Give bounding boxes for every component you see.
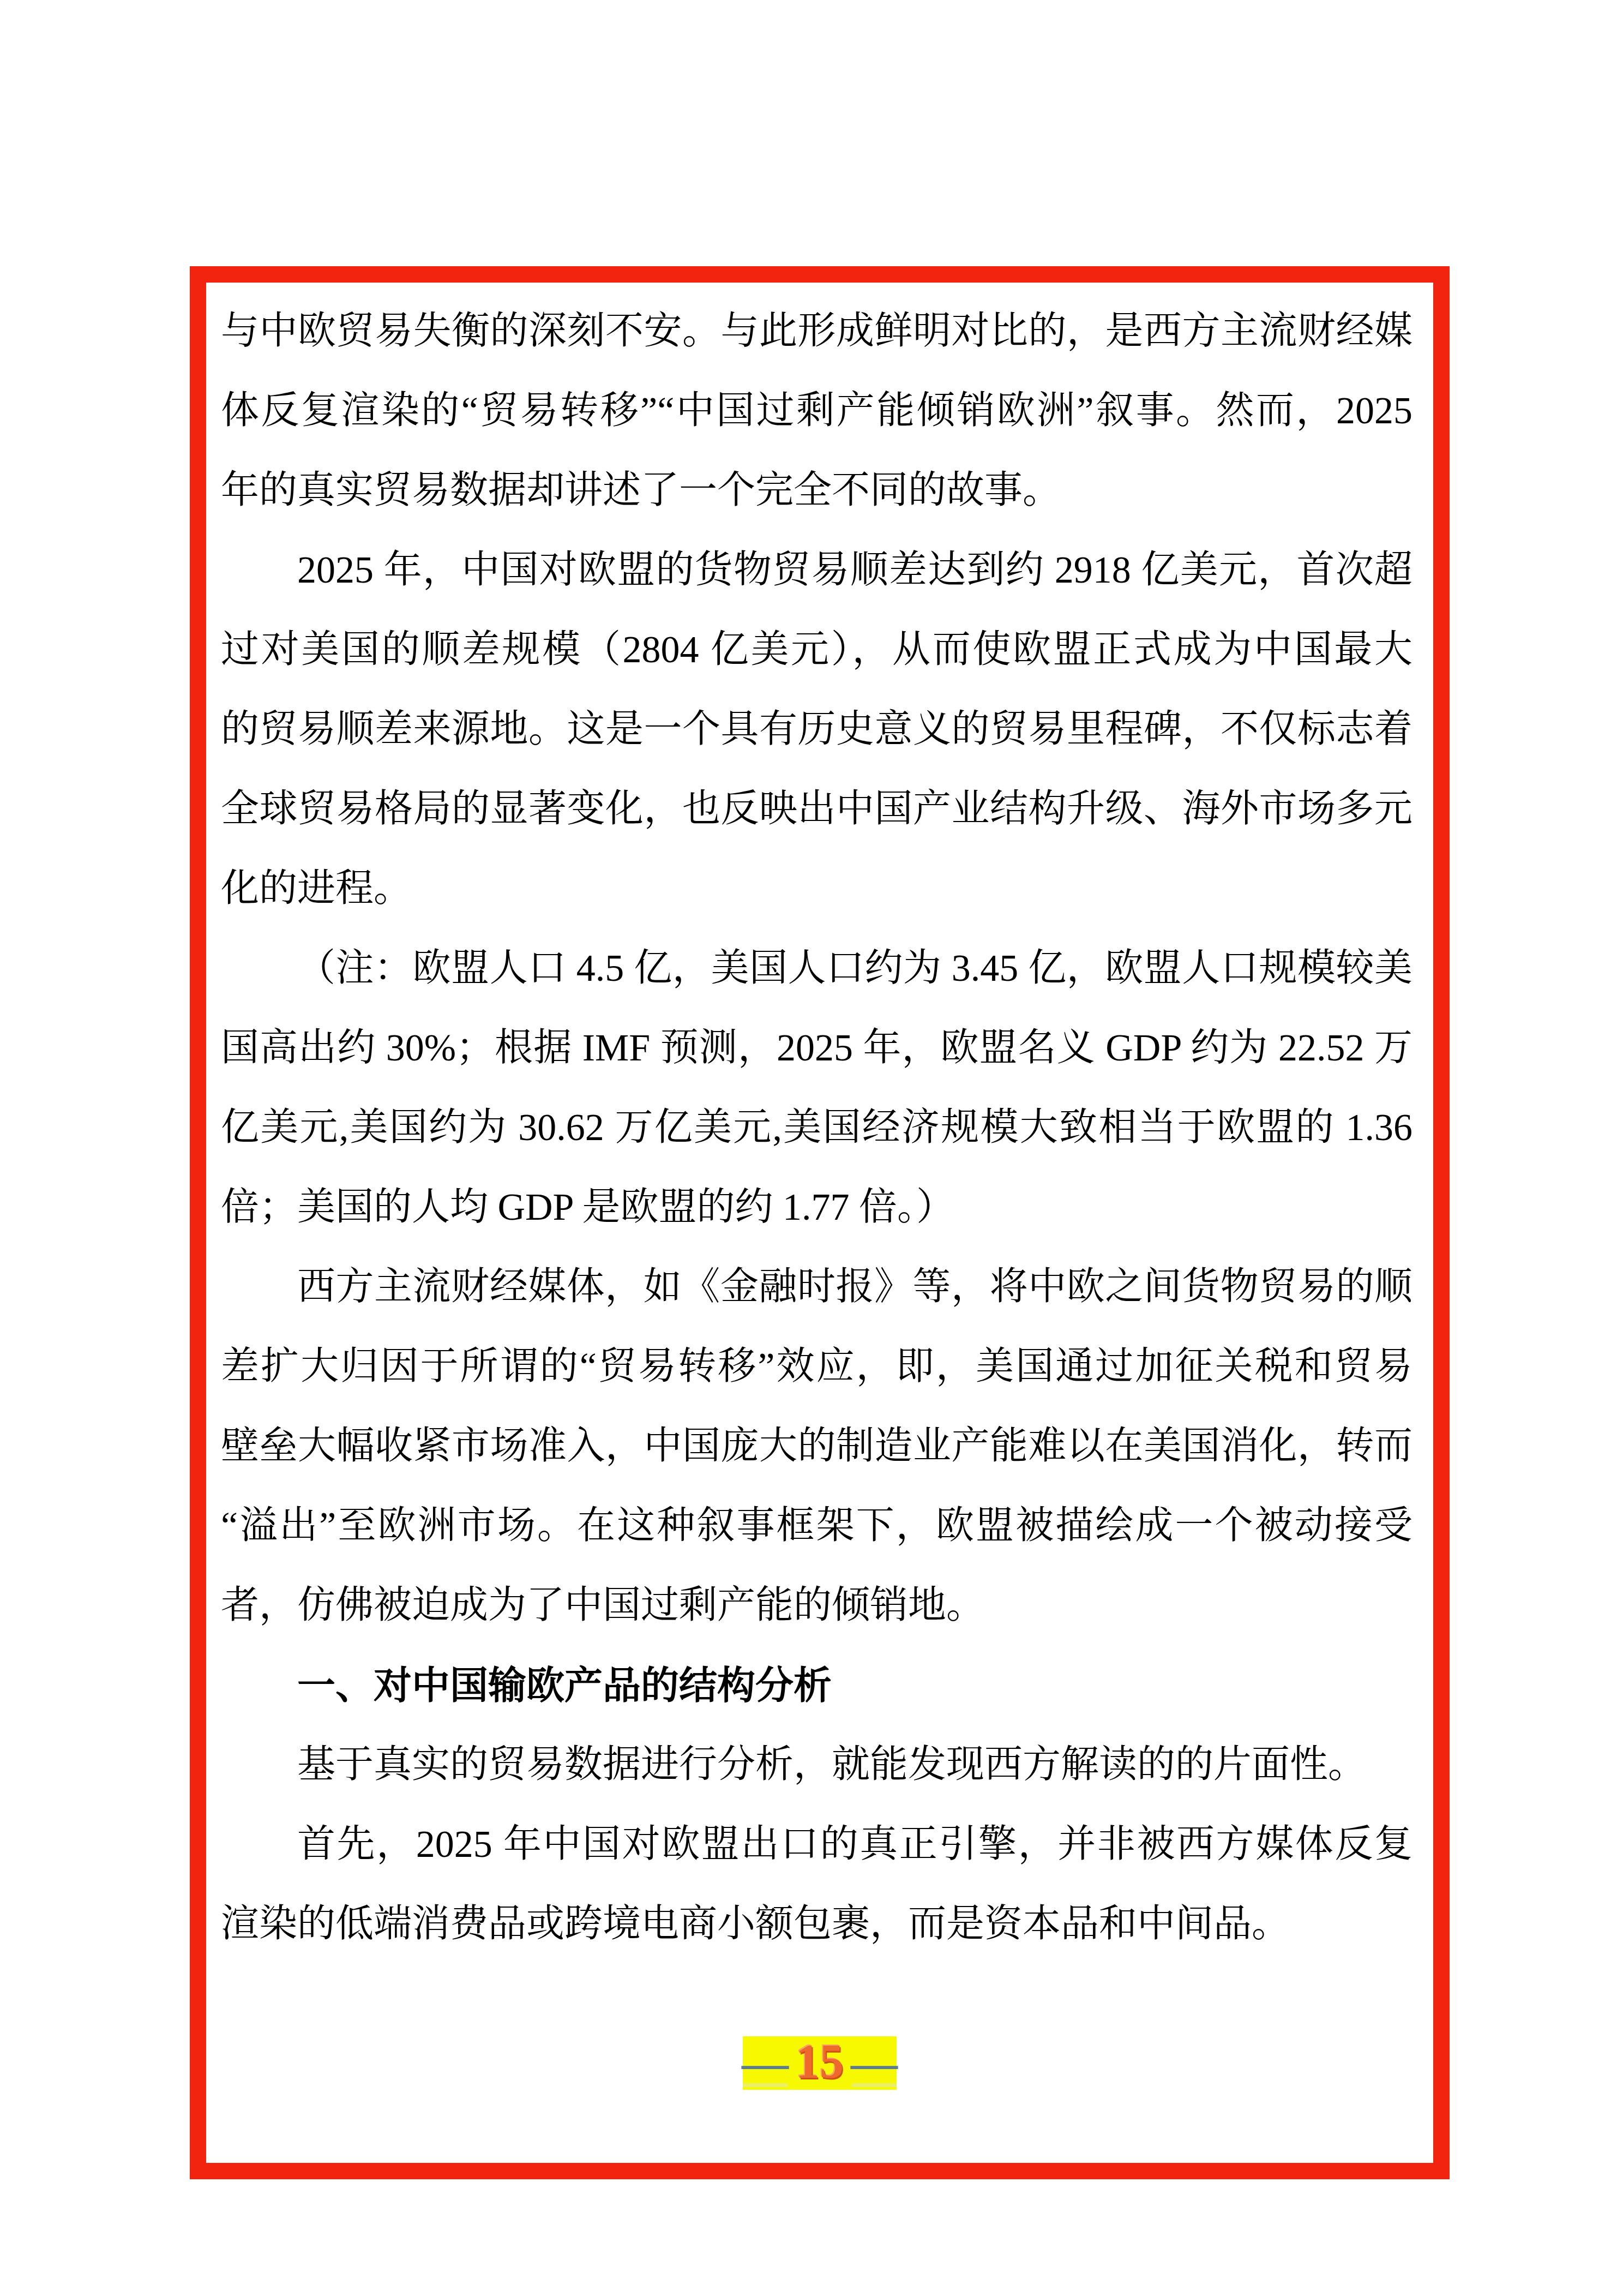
body-line: 年的真实贸易数据却讲述了一个完全不同的故事。 [221,451,1412,531]
body-line: 与中欧贸易失衡的深刻不安。与此形成鲜明对比的，是西方主流财经媒 [221,292,1412,371]
page-number: 15 [796,2035,844,2089]
body-line: 渲染的低端消费品或跨境电商小额包裹，而是资本品和中间品。 [221,1885,1412,1964]
body-line: 基于真实的贸易数据进行分析，就能发现西方解读的的片面性。 [221,1725,1412,1805]
body-line: 化的进程。 [221,849,1412,929]
body-line: 全球贸易格局的显著变化，也反映出中国产业结构升级、海外市场多元 [221,770,1412,849]
page-number-badge: — 15 — [743,2036,897,2090]
footer-left-dash: — [742,2036,789,2090]
section-heading: 一、对中国输欧产品的结构分析 [221,1646,1412,1725]
body-line: “溢出”至欧洲市场。在这种叙事框架下，欧盟被描绘成一个被动接受 [221,1486,1412,1566]
body-line: 者，仿佛被迫成为了中国过剩产能的倾销地。 [221,1566,1412,1646]
body-line: 壁垒大幅收紧市场准入，中国庞大的制造业产能难以在美国消化，转而 [221,1407,1412,1486]
body-line: 西方主流财经媒体，如《金融时报》等，将中欧之间货物贸易的顺 [221,1248,1412,1327]
footer-underline-artifact-left [743,2083,788,2087]
body-line: 过对美国的顺差规模（2804 亿美元），从而使欧盟正式成为中国最大 [221,610,1412,690]
body-line: 2025 年，中国对欧盟的货物贸易顺差达到约 2918 亿美元，首次超 [221,531,1412,610]
red-border-frame: 与中欧贸易失衡的深刻不安。与此形成鲜明对比的，是西方主流财经媒 体反复渲染的“贸… [190,266,1450,2179]
body-line: 首先，2025 年中国对欧盟出口的真正引擎，并非被西方媒体反复 [221,1805,1412,1885]
body-line: 差扩大归因于所谓的“贸易转移”效应，即，美国通过加征关税和贸易 [221,1327,1412,1407]
document-body: 与中欧贸易失衡的深刻不安。与此形成鲜明对比的，是西方主流财经媒 体反复渲染的“贸… [206,283,1433,1964]
body-line: 国高出约 30%；根据 IMF 预测，2025 年，欧盟名义 GDP 约为 22… [221,1009,1412,1088]
body-line: 体反复渲染的“贸易转移”“中国过剩产能倾销欧洲”叙事。然而，2025 [221,371,1412,451]
body-line: 的贸易顺差来源地。这是一个具有历史意义的贸易里程碑，不仅标志着 [221,690,1412,770]
body-line: 亿美元,美国约为 30.62 万亿美元,美国经济规模大致相当于欧盟的 1.36 [221,1088,1412,1168]
body-line: 倍；美国的人均 GDP 是欧盟的约 1.77 倍。） [221,1168,1412,1248]
footer-underline-artifact-right [852,2083,897,2087]
body-line: （注：欧盟人口 4.5 亿，美国人口约为 3.45 亿，欧盟人口规模较美 [221,929,1412,1009]
footer-right-dash: — [851,2036,898,2090]
